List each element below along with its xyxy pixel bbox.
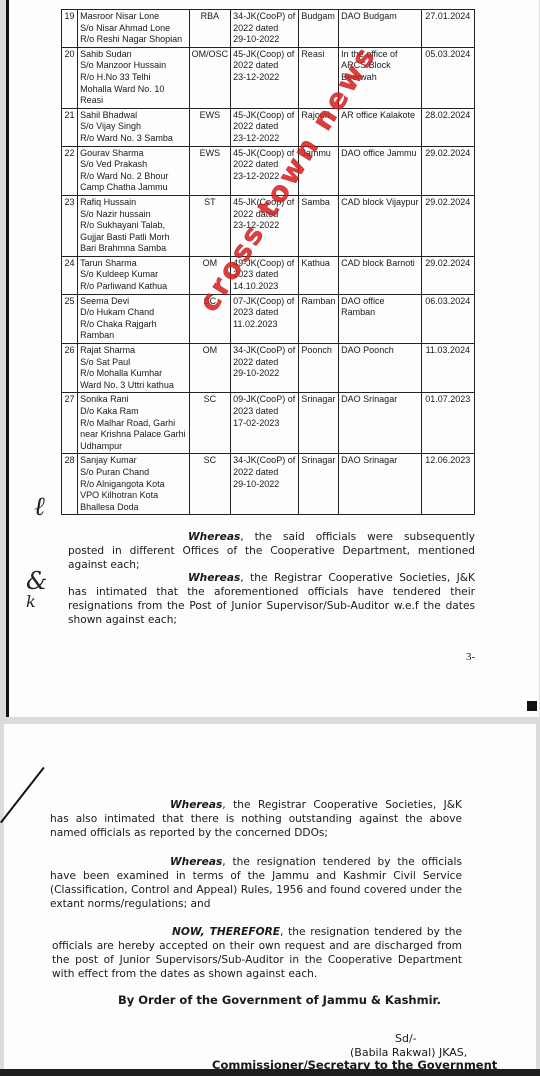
cell-resignation-date: 29.02.2024	[421, 146, 474, 195]
cell-line: Ward No. 3 Uttri kathua	[80, 380, 187, 392]
paragraph-resignations-intimated: Whereas, the Registrar Cooperative Socie…	[68, 571, 475, 627]
cell-line: 29.02.2024	[424, 148, 472, 160]
cell-line: 29-10-2022	[233, 34, 296, 46]
cell-line: DAO Budgam	[341, 11, 418, 23]
cell-line: R/o Parliwand Kathua	[80, 281, 187, 293]
cell-line: 45-JK(Coop) of	[233, 110, 296, 122]
cell-line: OM/OSC	[192, 49, 229, 61]
cell-serial-number: 27	[62, 393, 78, 454]
cell-resignation-date: 01.07.2023	[421, 393, 474, 454]
cell-line: 11.02.2023	[233, 319, 296, 331]
cell-line: 2022 dated	[233, 357, 296, 369]
cell-selection-order: 45-JK(Coop) of2022 dated23-12-2022	[231, 47, 299, 108]
cell-name-address: Tarun SharmaS/o Kuldeep KumarR/o Parliwa…	[78, 256, 190, 294]
cell-line: OM	[192, 345, 229, 357]
cell-line: D/o Hukam Chand	[80, 307, 187, 319]
paragraph-lead: Whereas	[170, 799, 222, 811]
cell-serial-number: 28	[62, 454, 78, 515]
cell-line: Samba	[301, 197, 336, 209]
handwritten-initial-mark: ℓ	[34, 492, 45, 522]
cell-line: Seema Devi	[80, 296, 187, 308]
paragraph-now-therefore: NOW, THEREFORE, the resignation tendered…	[52, 925, 462, 981]
order-line: By Order of the Government of Jammu & Ka…	[118, 993, 441, 1007]
cell-selection-order: 34-JK(CooP) of2022 dated29-10-2022	[231, 10, 299, 48]
paragraph-text: , the said officials were subsequently p…	[68, 531, 475, 571]
cell-serial-number: 21	[62, 108, 78, 146]
cell-line: R/o H.No 33 Telhi	[80, 72, 187, 84]
cell-category: EWS	[189, 146, 231, 195]
cell-line: R/o Sukhayani Talab,	[80, 220, 187, 232]
cell-name-address: Rajat SharmaS/o Sat PaulR/o Mohalla Kumh…	[78, 344, 190, 393]
cell-line: 34-JK(CooP) of	[233, 345, 296, 357]
cell-line: 09-JK(CooP) of	[233, 394, 296, 406]
cell-line: 14.10.2023	[233, 281, 296, 293]
cell-selection-order: 34-JK(CooP) of2022 dated29-10-2022	[231, 344, 299, 393]
cell-line: S/o Manzoor Hussain	[80, 60, 187, 72]
cell-posted-office: DAO Budgam	[339, 10, 421, 48]
cell-district: Budgam	[299, 10, 339, 48]
cell-line: Srinagar	[301, 394, 336, 406]
cell-line: R/o Ward No. 3 Samba	[80, 133, 187, 145]
cell-line: Rajat Sharma	[80, 345, 187, 357]
cell-category: EWS	[189, 108, 231, 146]
cell-category: SC	[189, 454, 231, 515]
cell-posted-office: AR office Kalakote	[339, 108, 421, 146]
cell-name-address: Sonika RaniD/o Kaka RamR/o Malhar Road, …	[78, 393, 190, 454]
cell-line: S/o Puran Chand	[80, 467, 187, 479]
cell-line: D/o Kaka Ram	[80, 406, 187, 418]
cell-line: R/o Ward No. 2 Bhour	[80, 171, 187, 183]
cell-line: 26	[64, 345, 75, 357]
cell-line: Sanjay Kumar	[80, 455, 187, 467]
paragraph-lead: Whereas	[188, 572, 240, 584]
cell-line: DAO Poonch	[341, 345, 418, 357]
paragraph-posted: Whereas, the said officials were subsequ…	[68, 530, 475, 572]
cell-district: Srinagar	[299, 454, 339, 515]
cell-line: R/o Chaka Rajgarh	[80, 319, 187, 331]
cell-serial-number: 22	[62, 146, 78, 195]
cell-line: Ramban	[301, 296, 336, 308]
cell-resignation-date: 27.01.2024	[421, 10, 474, 48]
cell-district: Ramban	[299, 294, 339, 343]
cell-serial-number: 19	[62, 10, 78, 48]
cell-line: 05.03.2024	[424, 49, 472, 61]
cell-line: DAO office	[341, 296, 418, 308]
cell-line: 23-12-2022	[233, 72, 296, 84]
cell-district: Poonch	[299, 344, 339, 393]
cell-posted-office: DAO Srinagar	[339, 454, 421, 515]
cell-line: near Krishna Palace Garhi	[80, 429, 187, 441]
bottom-bar	[0, 1069, 540, 1076]
cell-selection-order: 45-JK(Coop) of2022 dated23-12-2022	[231, 108, 299, 146]
cell-line: S/o Ved Prakash	[80, 159, 187, 171]
cell-line: 20	[64, 49, 75, 61]
cell-line: 2022 dated	[233, 467, 296, 479]
page-corner-mark	[527, 701, 537, 711]
paragraph-text: , the Registrar Cooperative Societies, J…	[68, 572, 475, 626]
cell-category: OM	[189, 344, 231, 393]
cell-line: 21	[64, 110, 75, 122]
table-row: 24Tarun SharmaS/o Kuldeep KumarR/o Parli…	[62, 256, 475, 294]
cell-category: SC	[189, 393, 231, 454]
officials-table-body: 19Masroor Nisar LoneS/o Nisar Ahmad Lone…	[62, 10, 475, 515]
table-row: 21Sahil BhadwalS/o Vijay SinghR/o Ward N…	[62, 108, 475, 146]
cell-line: Budgam	[301, 11, 336, 23]
cell-line: Ramban	[80, 330, 187, 342]
cell-line: 34-JK(CooP) of	[233, 11, 296, 23]
cell-line: 27	[64, 394, 75, 406]
paragraph-lead: Whereas	[170, 856, 222, 868]
cell-line: 24	[64, 258, 75, 270]
page-number: 3-	[466, 651, 475, 663]
cell-line: Mohalla Ward No. 10	[80, 84, 187, 96]
paragraph-text: , the resignation tendered by the offici…	[50, 856, 462, 910]
cell-serial-number: 25	[62, 294, 78, 343]
paragraph-examined: Whereas, the resignation tendered by the…	[50, 855, 462, 911]
cell-line: 29-10-2022	[233, 368, 296, 380]
cell-line: S/o Kuldeep Kumar	[80, 269, 187, 281]
cell-line: 34-JK(CooP) of	[233, 455, 296, 467]
cell-selection-order: 09-JK(CooP) of2023 dated17-02-2023	[231, 393, 299, 454]
paragraph-text: , the Registrar Cooperative Societies, J…	[50, 799, 462, 839]
cell-line: 22	[64, 148, 75, 160]
paragraph-lead: Whereas	[188, 531, 240, 543]
cell-line: R/o Alnigangota Kota	[80, 479, 187, 491]
cell-posted-office: DAO office Jammu	[339, 146, 421, 195]
cell-line: 28	[64, 455, 75, 467]
paragraph-lead: NOW, THEREFORE	[172, 926, 280, 938]
cell-line: Sahil Bhadwal	[80, 110, 187, 122]
cell-name-address: Seema DeviD/o Hukam ChandR/o Chaka Rajga…	[78, 294, 190, 343]
table-row: 25Seema DeviD/o Hukam ChandR/o Chaka Raj…	[62, 294, 475, 343]
cell-name-address: Sahib SudanS/o Manzoor HussainR/o H.No 3…	[78, 47, 190, 108]
cell-line: SC	[192, 394, 229, 406]
cell-category: OM/OSC	[189, 47, 231, 108]
cell-line: 23-12-2022	[233, 133, 296, 145]
cell-resignation-date: 28.02.2024	[421, 108, 474, 146]
paragraph-nothing-outstanding: Whereas, the Registrar Cooperative Socie…	[50, 798, 462, 840]
cell-line: EWS	[192, 110, 229, 122]
cell-resignation-date: 12.06.2023	[421, 454, 474, 515]
signature-sd: Sd/-	[395, 1032, 417, 1045]
cell-line: DAO office Jammu	[341, 148, 418, 160]
cell-line: 06.03.2024	[424, 296, 472, 308]
cell-line: 23	[64, 197, 75, 209]
cell-name-address: Sahil BhadwalS/o Vijay SinghR/o Ward No.…	[78, 108, 190, 146]
cell-line: ST	[192, 197, 229, 209]
cell-name-address: Rafiq HussainS/o Nazir hussainR/o Sukhay…	[78, 195, 190, 256]
cell-line: AR office Kalakote	[341, 110, 418, 122]
cell-line: CAD block Vijaypur	[341, 197, 418, 209]
cell-line: Gourav Sharma	[80, 148, 187, 160]
cell-line: 11.03.2024	[424, 345, 472, 357]
cell-resignation-date: 29.02.2024	[421, 256, 474, 294]
cell-line: 29-10-2022	[233, 479, 296, 491]
cell-name-address: Sanjay KumarS/o Puran ChandR/o Alnigango…	[78, 454, 190, 515]
cell-line: 01.07.2023	[424, 394, 472, 406]
cell-line: Camp Chatha Jammu	[80, 182, 187, 194]
cell-resignation-date: 11.03.2024	[421, 344, 474, 393]
cell-serial-number: 24	[62, 256, 78, 294]
table-row: 27Sonika RaniD/o Kaka RamR/o Malhar Road…	[62, 393, 475, 454]
officials-table: 19Masroor Nisar LoneS/o Nisar Ahmad Lone…	[61, 9, 475, 515]
cell-line: Sonika Rani	[80, 394, 187, 406]
cell-line: Bari Brahmna Samba	[80, 243, 187, 255]
cell-selection-order: 07-JK(Coop) of2023 dated11.02.2023	[231, 294, 299, 343]
cell-line: 2022 dated	[233, 23, 296, 35]
cell-line: Sahib Sudan	[80, 49, 187, 61]
cell-line: 29.02.2024	[424, 197, 472, 209]
cell-name-address: Masroor Nisar LoneS/o Nisar Ahmad LoneR/…	[78, 10, 190, 48]
cell-posted-office: DAO officeRamban	[339, 294, 421, 343]
cell-line: Ramban	[341, 307, 418, 319]
cell-line: S/o Vijay Singh	[80, 121, 187, 133]
cell-line: 45-JK(Coop) of	[233, 49, 296, 61]
cell-resignation-date: 06.03.2024	[421, 294, 474, 343]
cell-posted-office: DAO Poonch	[339, 344, 421, 393]
table-row: 20Sahib SudanS/o Manzoor HussainR/o H.No…	[62, 47, 475, 108]
cell-district: Kathua	[299, 256, 339, 294]
cell-line: 29.02.2024	[424, 258, 472, 270]
cell-district: Samba	[299, 195, 339, 256]
cell-line: Srinagar	[301, 455, 336, 467]
cell-line: Rafiq Hussain	[80, 197, 187, 209]
cell-district: Srinagar	[299, 393, 339, 454]
cell-selection-order: 34-JK(CooP) of2022 dated29-10-2022	[231, 454, 299, 515]
cell-line: 12.06.2023	[424, 455, 472, 467]
cell-line: Tarun Sharma	[80, 258, 187, 270]
cell-resignation-date: 29.02.2024	[421, 195, 474, 256]
cell-line: Kathua	[301, 258, 336, 270]
cell-line: DAO Srinagar	[341, 394, 418, 406]
table-row: 28Sanjay KumarS/o Puran ChandR/o Alnigan…	[62, 454, 475, 515]
cell-line: 25	[64, 296, 75, 308]
cell-line: Reasi	[80, 95, 187, 107]
cell-line: 19	[64, 11, 75, 23]
cell-posted-office: CAD block Barnoti	[339, 256, 421, 294]
cell-line: 2022 dated	[233, 60, 296, 72]
cell-line: 07-JK(Coop) of	[233, 296, 296, 308]
cell-line: S/o Nazir hussain	[80, 209, 187, 221]
cell-line: 2023 dated	[233, 406, 296, 418]
cell-line: Reasi	[301, 49, 336, 61]
cell-line: Bhallesa Doda	[80, 502, 187, 514]
cell-line: EWS	[192, 148, 229, 160]
cell-category: RBA	[189, 10, 231, 48]
cell-line: S/o Nisar Ahmad Lone	[80, 23, 187, 35]
cell-line: S/o Sat Paul	[80, 357, 187, 369]
cell-line: DAO Srinagar	[341, 455, 418, 467]
cell-line: Poonch	[301, 345, 336, 357]
cell-line: 17-02-2023	[233, 418, 296, 430]
cell-line: CAD block Barnoti	[341, 258, 418, 270]
cell-name-address: Gourav SharmaS/o Ved PrakashR/o Ward No.…	[78, 146, 190, 195]
cell-line: R/o Mohalla Kumhar	[80, 368, 187, 380]
cell-line: RBA	[192, 11, 229, 23]
cell-line: 2023 dated	[233, 307, 296, 319]
handwritten-signature-mark: &k	[26, 572, 47, 611]
cell-posted-office: CAD block Vijaypur	[339, 195, 421, 256]
cell-line: Masroor Nisar Lone	[80, 11, 187, 23]
cell-posted-office: DAO Srinagar	[339, 393, 421, 454]
cell-line: R/o Malhar Road, Garhi	[80, 418, 187, 430]
cell-line: R/o Reshi Nagar Shopian	[80, 34, 187, 46]
cell-line: Gujjar Basti Patli Morh	[80, 232, 187, 244]
cell-line: Udhampur	[80, 441, 187, 453]
table-row: 26Rajat SharmaS/o Sat PaulR/o Mohalla Ku…	[62, 344, 475, 393]
cell-serial-number: 20	[62, 47, 78, 108]
cell-line: VPO Kilhotran Kota	[80, 490, 187, 502]
cell-line: 27.01.2024	[424, 11, 472, 23]
cell-serial-number: 26	[62, 344, 78, 393]
cell-resignation-date: 05.03.2024	[421, 47, 474, 108]
cell-serial-number: 23	[62, 195, 78, 256]
cell-line: 28.02.2024	[424, 110, 472, 122]
table-row: 19Masroor Nisar LoneS/o Nisar Ahmad Lone…	[62, 10, 475, 48]
cell-line: 2022 dated	[233, 121, 296, 133]
cell-line: SC	[192, 455, 229, 467]
